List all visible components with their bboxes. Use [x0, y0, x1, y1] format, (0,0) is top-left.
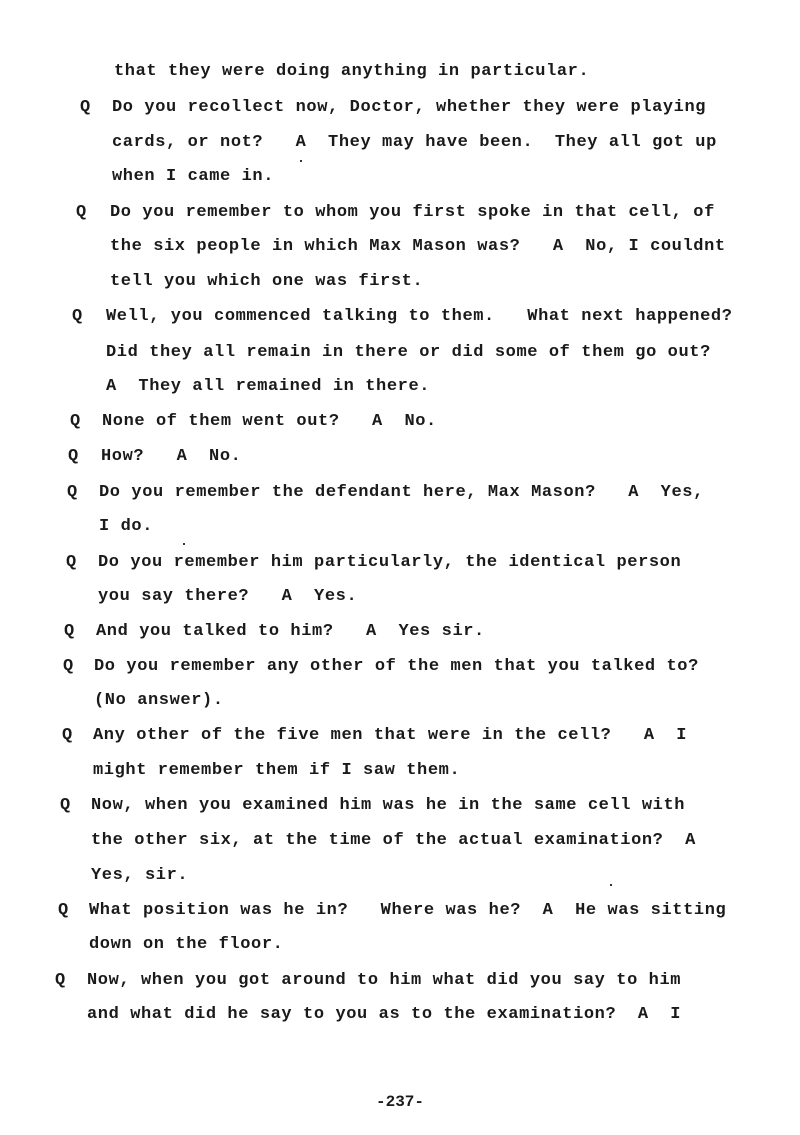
transcript-line: Now, when you examined him was he in the… [91, 796, 685, 816]
transcript-line: Well, you commenced talking to them. Wha… [106, 307, 733, 327]
transcript-line: the six people in which Max Mason was? A… [110, 237, 726, 257]
transcript-line: Yes, sir. [91, 866, 188, 886]
question-marker: Q [66, 553, 76, 573]
transcript-line: that they were doing anything in particu… [114, 62, 589, 82]
scan-speck [300, 160, 302, 162]
transcript-line: you say there? A Yes. [98, 587, 357, 607]
transcript-line: How? A No. [101, 447, 241, 467]
transcript-line: Do you remember any other of the men tha… [94, 657, 699, 677]
question-marker: Q [58, 901, 68, 921]
question-marker: Q [64, 622, 74, 642]
transcript-line: might remember them if I saw them. [93, 761, 460, 781]
transcript-line: What position was he in? Where was he? A… [89, 901, 726, 921]
question-marker: Q [76, 203, 86, 223]
transcript-line: Do you remember him particularly, the id… [98, 553, 681, 573]
transcript-line: the other six, at the time of the actual… [91, 831, 696, 851]
transcript-line: and what did he say to you as to the exa… [87, 1005, 681, 1025]
question-marker: Q [70, 412, 80, 432]
transcript-page: that they were doing anything in particu… [0, 0, 800, 1135]
question-marker: Q [80, 98, 90, 118]
transcript-line: Do you recollect now, Doctor, whether th… [112, 98, 706, 118]
transcript-line: when I came in. [112, 167, 274, 187]
transcript-line: cards, or not? A They may have been. The… [112, 133, 717, 153]
page-number: -237- [0, 1093, 800, 1111]
transcript-line: A They all remained in there. [106, 377, 430, 397]
transcript-line: Now, when you got around to him what did… [87, 971, 681, 991]
question-marker: Q [62, 726, 72, 746]
transcript-line: (No answer). [94, 691, 224, 711]
transcript-line: I do. [99, 517, 153, 537]
transcript-line: None of them went out? A No. [102, 412, 437, 432]
transcript-line: Do you remember to whom you first spoke … [110, 203, 715, 223]
scan-speck [610, 884, 612, 886]
transcript-line: down on the floor. [89, 935, 283, 955]
question-marker: Q [68, 447, 78, 467]
scan-speck [183, 543, 185, 545]
question-marker: Q [55, 971, 65, 991]
transcript-line: tell you which one was first. [110, 272, 423, 292]
question-marker: Q [60, 796, 70, 816]
question-marker: Q [72, 307, 82, 327]
question-marker: Q [63, 657, 73, 677]
transcript-line: Do you remember the defendant here, Max … [99, 483, 704, 503]
transcript-line: Any other of the five men that were in t… [93, 726, 687, 746]
question-marker: Q [67, 483, 77, 503]
transcript-line: Did they all remain in there or did some… [106, 343, 711, 363]
transcript-line: And you talked to him? A Yes sir. [96, 622, 485, 642]
